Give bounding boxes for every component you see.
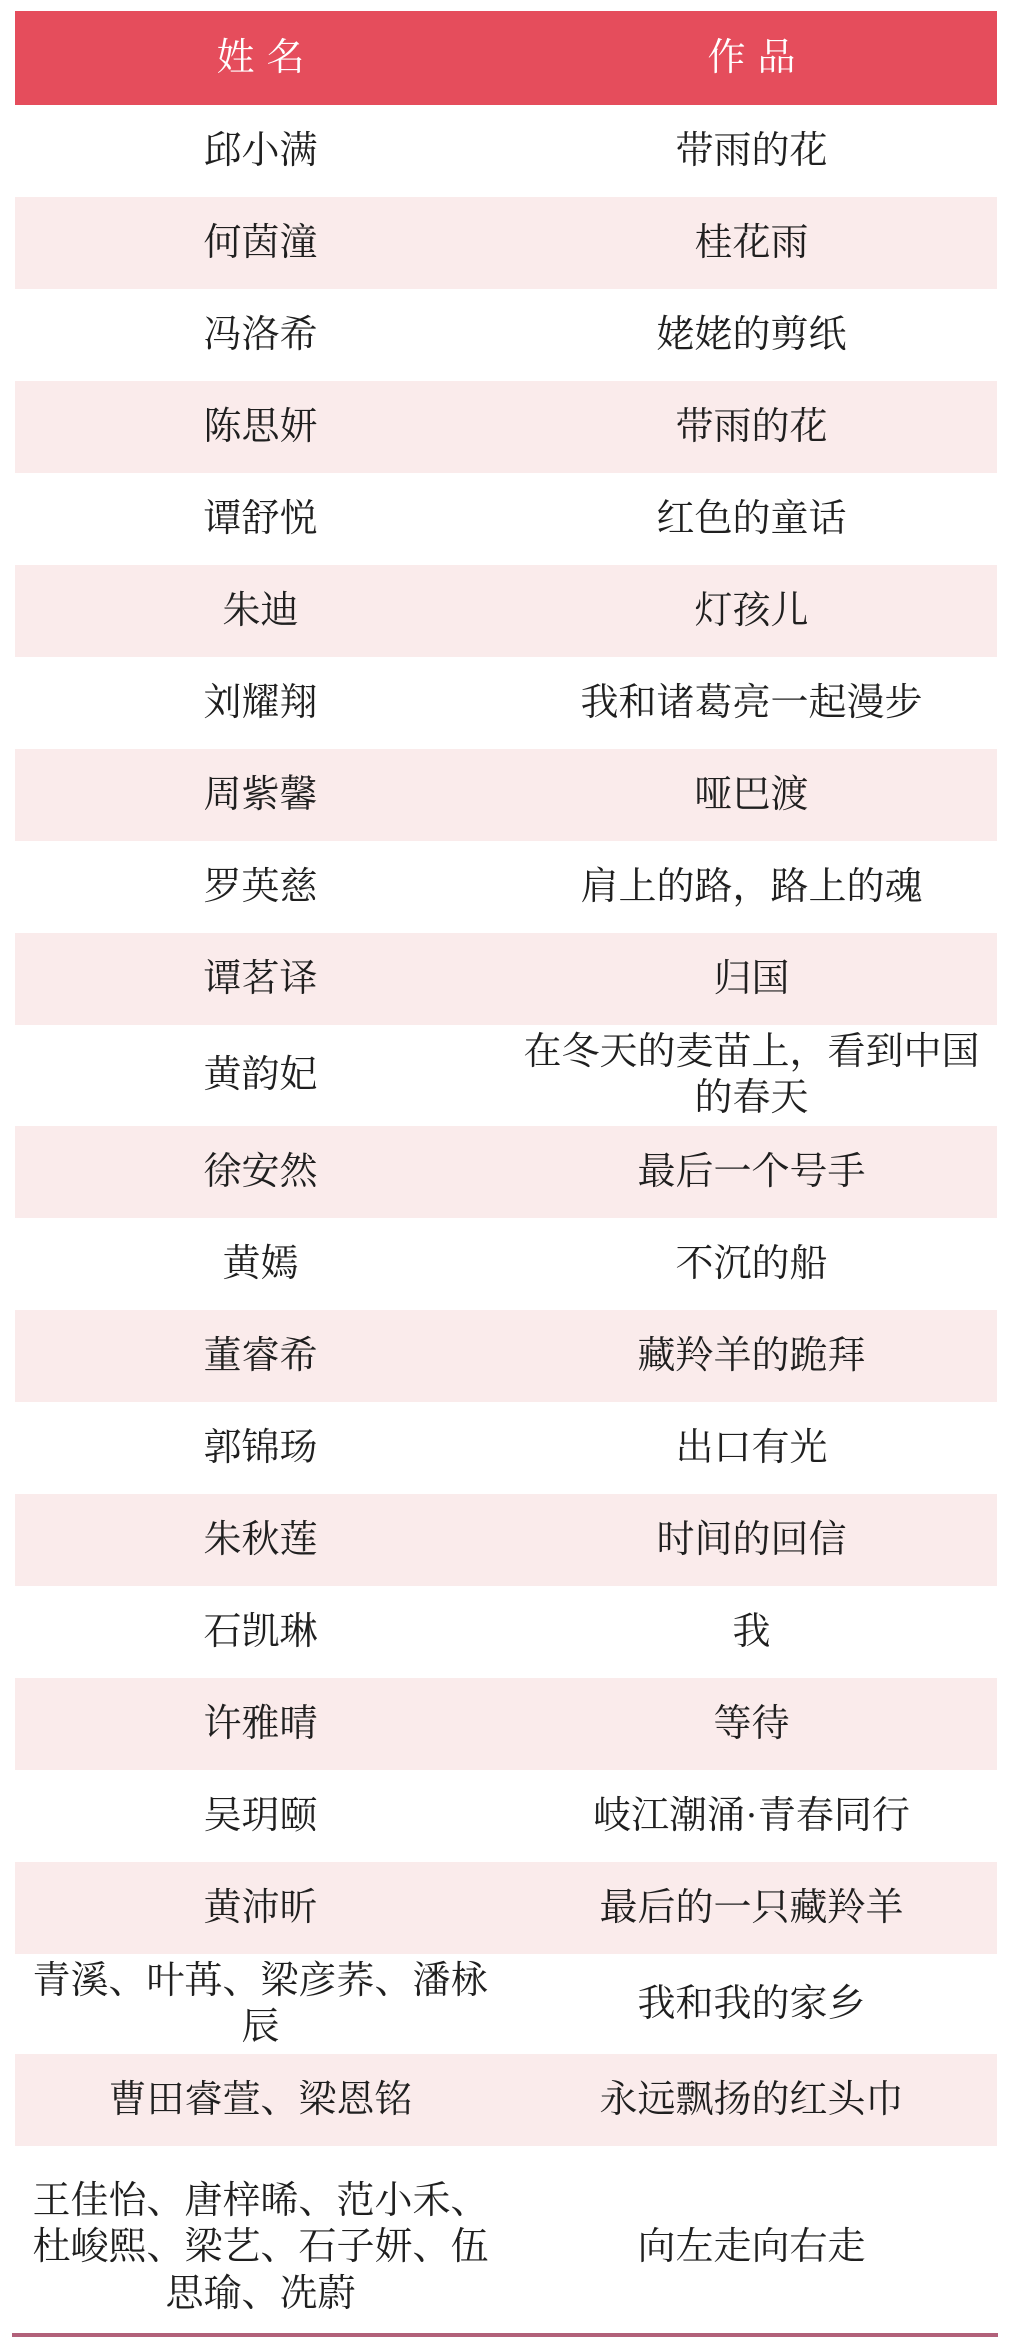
student-name: 王佳怡、唐梓晞、范小禾、杜峻熙、梁艺、石子妍、伍思瑜、冼蔚: [15, 2174, 506, 2321]
student-name: 谭舒悦: [15, 492, 506, 546]
student-name: 黄韵妃: [15, 1048, 506, 1102]
work-title: 岐江潮涌·青春同行: [506, 1789, 997, 1843]
work-title: 带雨的花: [506, 124, 997, 178]
table-row: 吴玥颐 岐江潮涌·青春同行: [15, 1770, 997, 1862]
student-name: 吴玥颐: [15, 1789, 506, 1843]
student-name: 周紫馨: [15, 768, 506, 822]
work-title: 向左走向右走: [506, 2220, 997, 2274]
table-row: 邱小满 带雨的花: [15, 105, 997, 197]
work-title: 带雨的花: [506, 400, 997, 454]
work-title: 最后一个号手: [506, 1145, 997, 1199]
student-name: 郭锦玚: [15, 1421, 506, 1475]
student-name: 石凯琳: [15, 1605, 506, 1659]
table-row: 陈思妍 带雨的花: [15, 381, 997, 473]
table-row: 何茵潼 桂花雨: [15, 197, 997, 289]
work-title: 灯孩儿: [506, 584, 997, 638]
table-row: 黄嫣 不沉的船: [15, 1218, 997, 1310]
work-title: 永远飘扬的红头巾: [506, 2073, 997, 2127]
student-name: 陈思妍: [15, 400, 506, 454]
table-row: 谭舒悦 红色的童话: [15, 473, 997, 565]
table-header: 姓名 作品: [15, 11, 997, 105]
work-title: 出口有光: [506, 1421, 997, 1475]
student-name: 何茵潼: [15, 216, 506, 270]
header-work-label: 作品: [506, 31, 997, 85]
table-row: 石凯琳 我: [15, 1586, 997, 1678]
work-title: 等待: [506, 1697, 997, 1751]
student-name: 刘耀翔: [15, 676, 506, 730]
table-row: 许雅晴 等待: [15, 1678, 997, 1770]
table-row: 曹田睿萱、梁恩铭 永远飘扬的红头巾: [15, 2054, 997, 2146]
student-name: 朱秋莲: [15, 1513, 506, 1567]
work-title: 我和诸葛亮一起漫步: [506, 676, 997, 730]
table-row: 徐安然 最后一个号手: [15, 1126, 997, 1218]
table-row: 郭锦玚 出口有光: [15, 1402, 997, 1494]
award-table: 姓名 作品 邱小满 带雨的花 何茵潼 桂花雨 冯洛希 姥姥的剪纸 陈思妍 带雨的…: [15, 11, 997, 2348]
student-name: 青溪、叶苒、梁彦荞、潘栐辰: [15, 1954, 506, 2055]
table-row: 王佳怡、唐梓晞、范小禾、杜峻熙、梁艺、石子妍、伍思瑜、冼蔚 向左走向右走: [15, 2146, 997, 2348]
student-name: 罗英慈: [15, 860, 506, 914]
table-row: 朱迪 灯孩儿: [15, 565, 997, 657]
student-name: 董睿希: [15, 1329, 506, 1383]
work-title: 藏羚羊的跪拜: [506, 1329, 997, 1383]
table-row: 董睿希 藏羚羊的跪拜: [15, 1310, 997, 1402]
work-title: 我和我的家乡: [506, 1977, 997, 2031]
work-title: 在冬天的麦苗上，看到中国的春天: [506, 1025, 997, 1126]
student-name: 谭茗译: [15, 952, 506, 1006]
page: 姓名 作品 邱小满 带雨的花 何茵潼 桂花雨 冯洛希 姥姥的剪纸 陈思妍 带雨的…: [0, 0, 1010, 2350]
table-row: 黄韵妃 在冬天的麦苗上，看到中国的春天: [15, 1025, 997, 1126]
table-row: 青溪、叶苒、梁彦荞、潘栐辰 我和我的家乡: [15, 1954, 997, 2055]
student-name: 黄沛昕: [15, 1881, 506, 1935]
header-name-label: 姓名: [15, 31, 506, 85]
table-row: 周紫馨 哑巴渡: [15, 749, 997, 841]
work-title: 不沉的船: [506, 1237, 997, 1291]
student-name: 朱迪: [15, 584, 506, 638]
work-title: 最后的一只藏羚羊: [506, 1881, 997, 1935]
student-name: 黄嫣: [15, 1237, 506, 1291]
student-name: 许雅晴: [15, 1697, 506, 1751]
work-title: 桂花雨: [506, 216, 997, 270]
work-title: 姥姥的剪纸: [506, 308, 997, 362]
work-title: 归国: [506, 952, 997, 1006]
student-name: 冯洛希: [15, 308, 506, 362]
work-title: 肩上的路，路上的魂: [506, 860, 997, 914]
table-row: 刘耀翔 我和诸葛亮一起漫步: [15, 657, 997, 749]
bottom-divider-line: [12, 2333, 998, 2337]
table-row: 冯洛希 姥姥的剪纸: [15, 289, 997, 381]
table-row: 罗英慈 肩上的路，路上的魂: [15, 841, 997, 933]
table-row: 朱秋莲 时间的回信: [15, 1494, 997, 1586]
table-row: 谭茗译 归国: [15, 933, 997, 1025]
work-title: 时间的回信: [506, 1513, 997, 1567]
student-name: 曹田睿萱、梁恩铭: [15, 2073, 506, 2127]
work-title: 哑巴渡: [506, 768, 997, 822]
work-title: 红色的童话: [506, 492, 997, 546]
work-title: 我: [506, 1605, 997, 1659]
table-row: 黄沛昕 最后的一只藏羚羊: [15, 1862, 997, 1954]
student-name: 徐安然: [15, 1145, 506, 1199]
student-name: 邱小满: [15, 124, 506, 178]
